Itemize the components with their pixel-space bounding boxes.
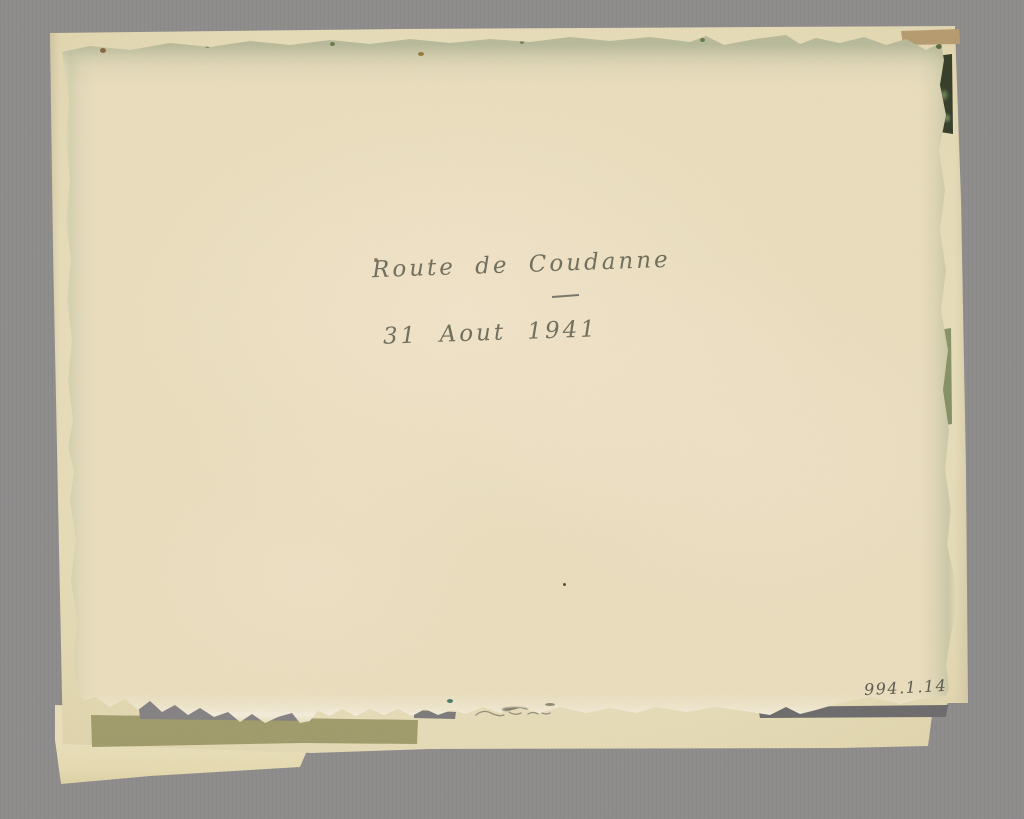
pencil-scribble	[470, 703, 560, 723]
title-inscription: Route de Coudanne	[372, 247, 671, 283]
date-inscription: 31 Aout 1941	[383, 316, 599, 349]
inscription-underline	[552, 294, 579, 298]
stain-spot	[700, 38, 705, 42]
stain-spot	[100, 48, 106, 53]
stain-spot	[563, 583, 566, 586]
stain-spot	[418, 52, 424, 56]
artwork-verso-paper: Route de Coudanne 31 Aout 1941 994.1.14	[0, 0, 1024, 819]
photo-backdrop: Route de Coudanne 31 Aout 1941 994.1.14	[0, 0, 1024, 819]
stain-spot	[330, 42, 335, 46]
stain-spot	[447, 699, 453, 703]
accession-number: 994.1.14	[864, 676, 948, 699]
